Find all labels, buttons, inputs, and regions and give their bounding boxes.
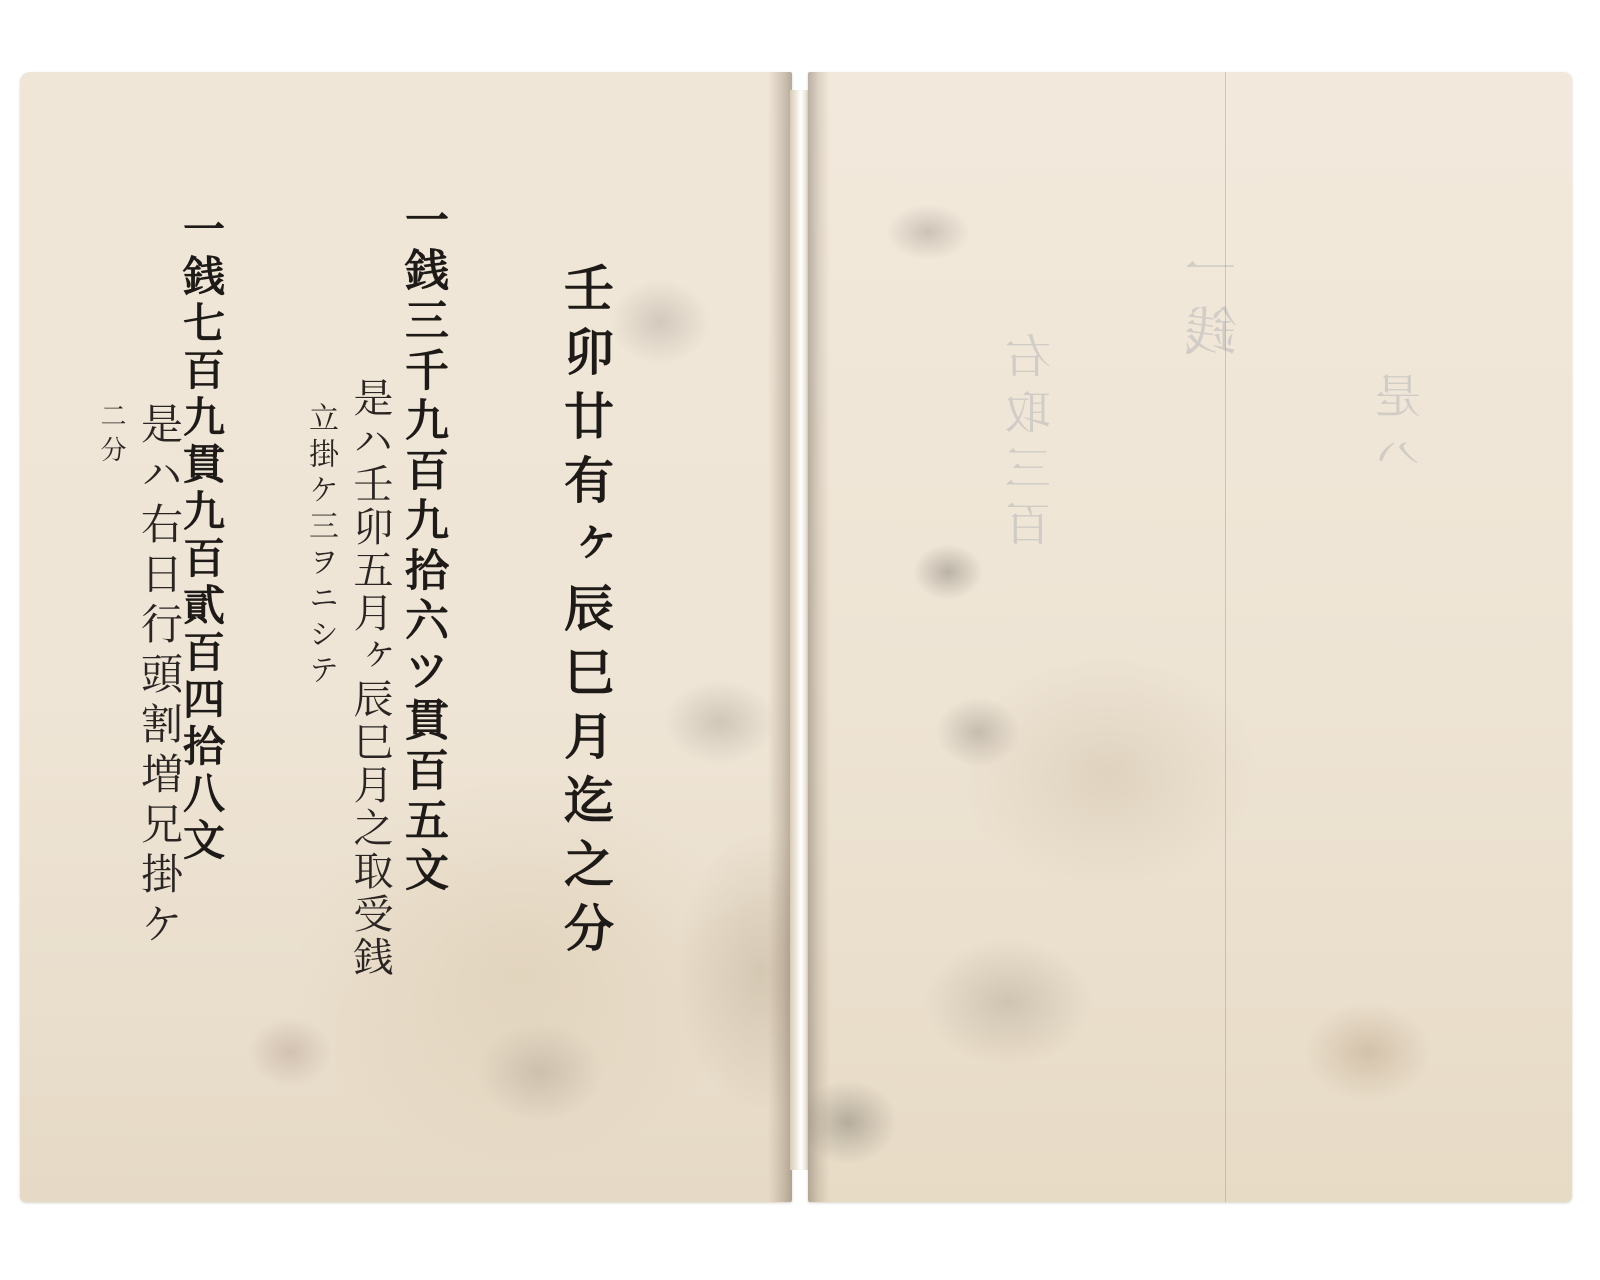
left-page: 壬卯廿有ヶ辰巳月迄之分 一銭三千九百九拾六ツ貫百五文 是ハ壬卯五月ヶ辰巳月之取受… xyxy=(20,72,792,1202)
entry2-sub-column: 二分 xyxy=(98,402,124,470)
entry1-note-column: 是ハ壬卯五月ヶ辰巳月之取受銭 xyxy=(350,377,390,979)
book-gutter xyxy=(790,90,810,1170)
entry2-note-column: 是ハ右日行頭割増兄掛ケ xyxy=(138,402,180,952)
open-manuscript: 壬卯廿有ヶ辰巳月迄之分 一銭三千九百九拾六ツ貫百五文 是ハ壬卯五月ヶ辰巳月之取受… xyxy=(0,0,1600,1280)
heading-column: 壬卯廿有ヶ辰巳月迄之分 xyxy=(560,262,610,966)
bleed-through-column: 右取三百 xyxy=(998,332,1064,556)
bleed-through-column: 是ハ xyxy=(1368,372,1434,484)
entry1-sub-column: 立掛ケ三ヲニシテ xyxy=(305,402,335,690)
right-page: 一銭 右取三百 是ハ xyxy=(808,72,1572,1202)
entry1-amount-column: 一銭三千九百九拾六ツ貫百五文 xyxy=(400,197,444,897)
bleed-through-column: 一銭 xyxy=(1178,242,1253,366)
entry2-amount-column: 一銭七百九貫九百貳百四拾八文 xyxy=(180,207,222,865)
